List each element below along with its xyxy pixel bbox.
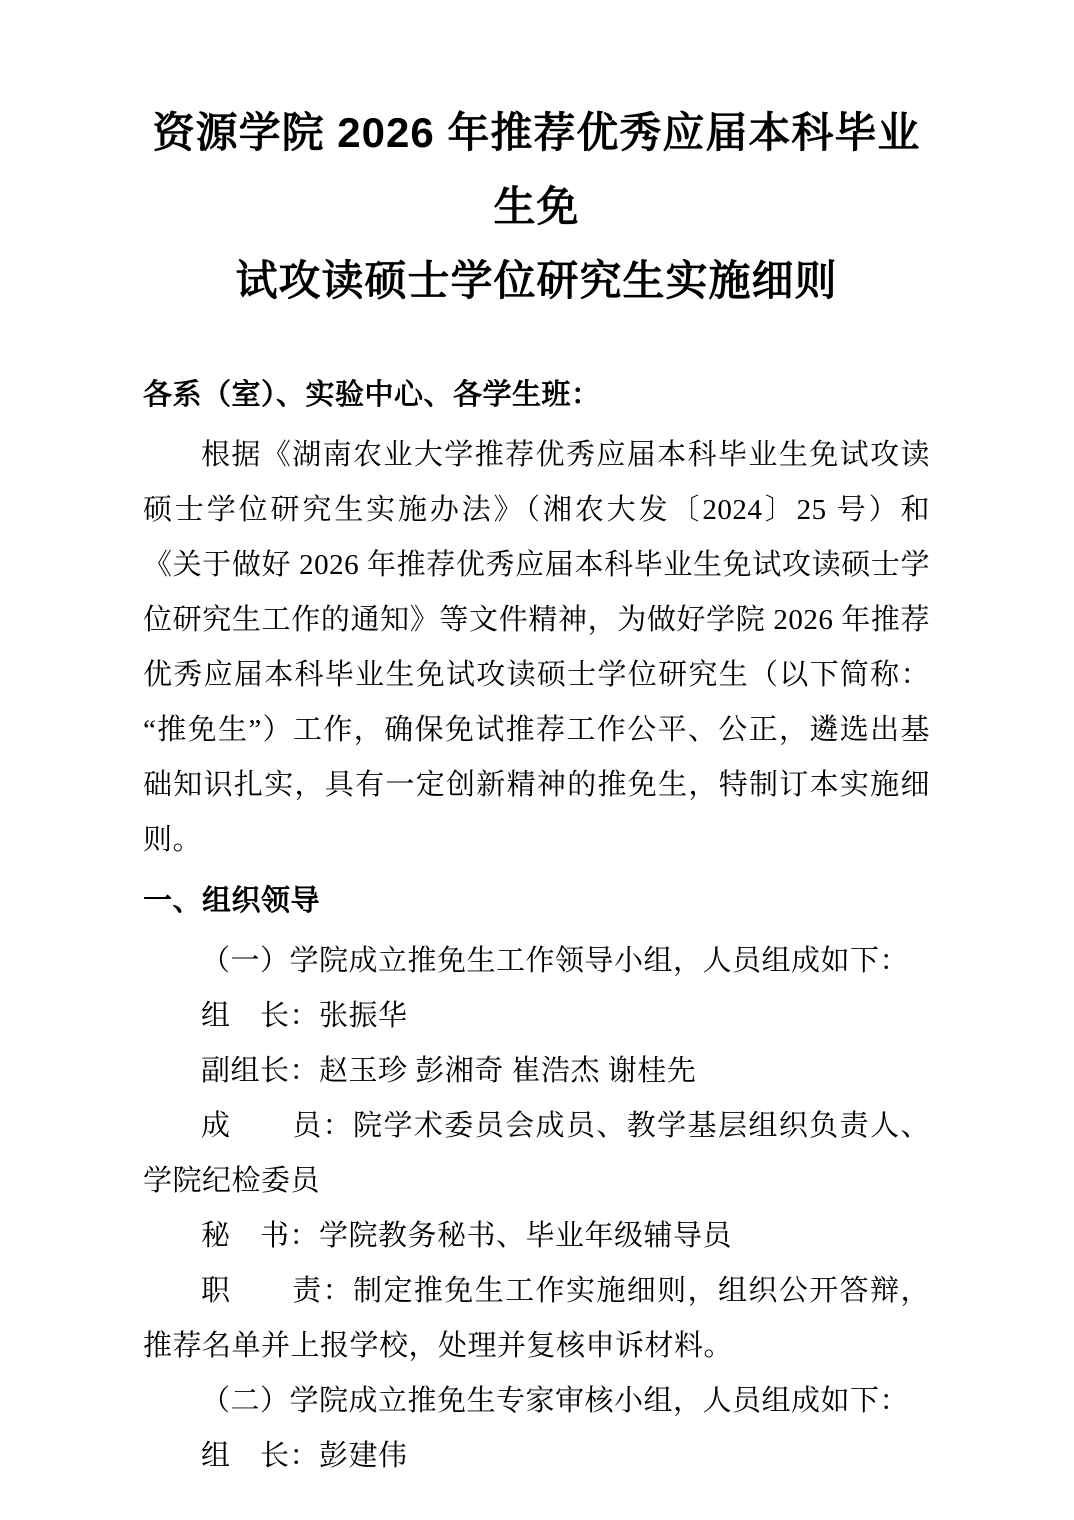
document-page: 资源学院 2026 年推荐优秀应届本科毕业生免 试攻读硕士学位研究生实施细则 各… <box>0 0 1074 1520</box>
leading-group-intro-line: （一）学院成立推免生工作领导小组，人员组成如下： <box>143 934 930 989</box>
document-title: 资源学院 2026 年推荐优秀应届本科毕业生免 试攻读硕士学位研究生实施细则 <box>143 96 930 318</box>
salutation-line: 各系（室）、实验中心、各学生班： <box>143 368 930 423</box>
document-title-line-1: 资源学院 2026 年推荐优秀应届本科毕业生免 <box>143 96 930 244</box>
review-group-leader-line: 组 长：彭建伟 <box>143 1429 930 1484</box>
leading-group-deputy-leaders-line: 副组长：赵玉珍 彭湘奇 崔浩杰 谢桂先 <box>143 1044 930 1099</box>
leading-group-leader-line: 组 长：张振华 <box>143 989 930 1044</box>
leading-group-members-line: 成 员：院学术委员会成员、教学基层组织负责人、学院纪检委员 <box>143 1099 930 1209</box>
review-group-intro-line: （二）学院成立推免生专家审核小组，人员组成如下： <box>143 1374 930 1429</box>
section-heading-organization-leadership: 一、组织领导 <box>143 874 930 929</box>
leading-group-secretary-line: 秘 书：学院教务秘书、毕业年级辅导员 <box>143 1209 930 1264</box>
intro-paragraph: 根据《湖南农业大学推荐优秀应届本科毕业生免试攻读硕士学位研究生实施办法》（湘农大… <box>143 428 930 868</box>
leading-group-duties-line: 职 责：制定推免生工作实施细则，组织公开答辩，推荐名单并上报学校，处理并复核申诉… <box>143 1264 930 1374</box>
document-title-line-2: 试攻读硕士学位研究生实施细则 <box>143 244 930 318</box>
